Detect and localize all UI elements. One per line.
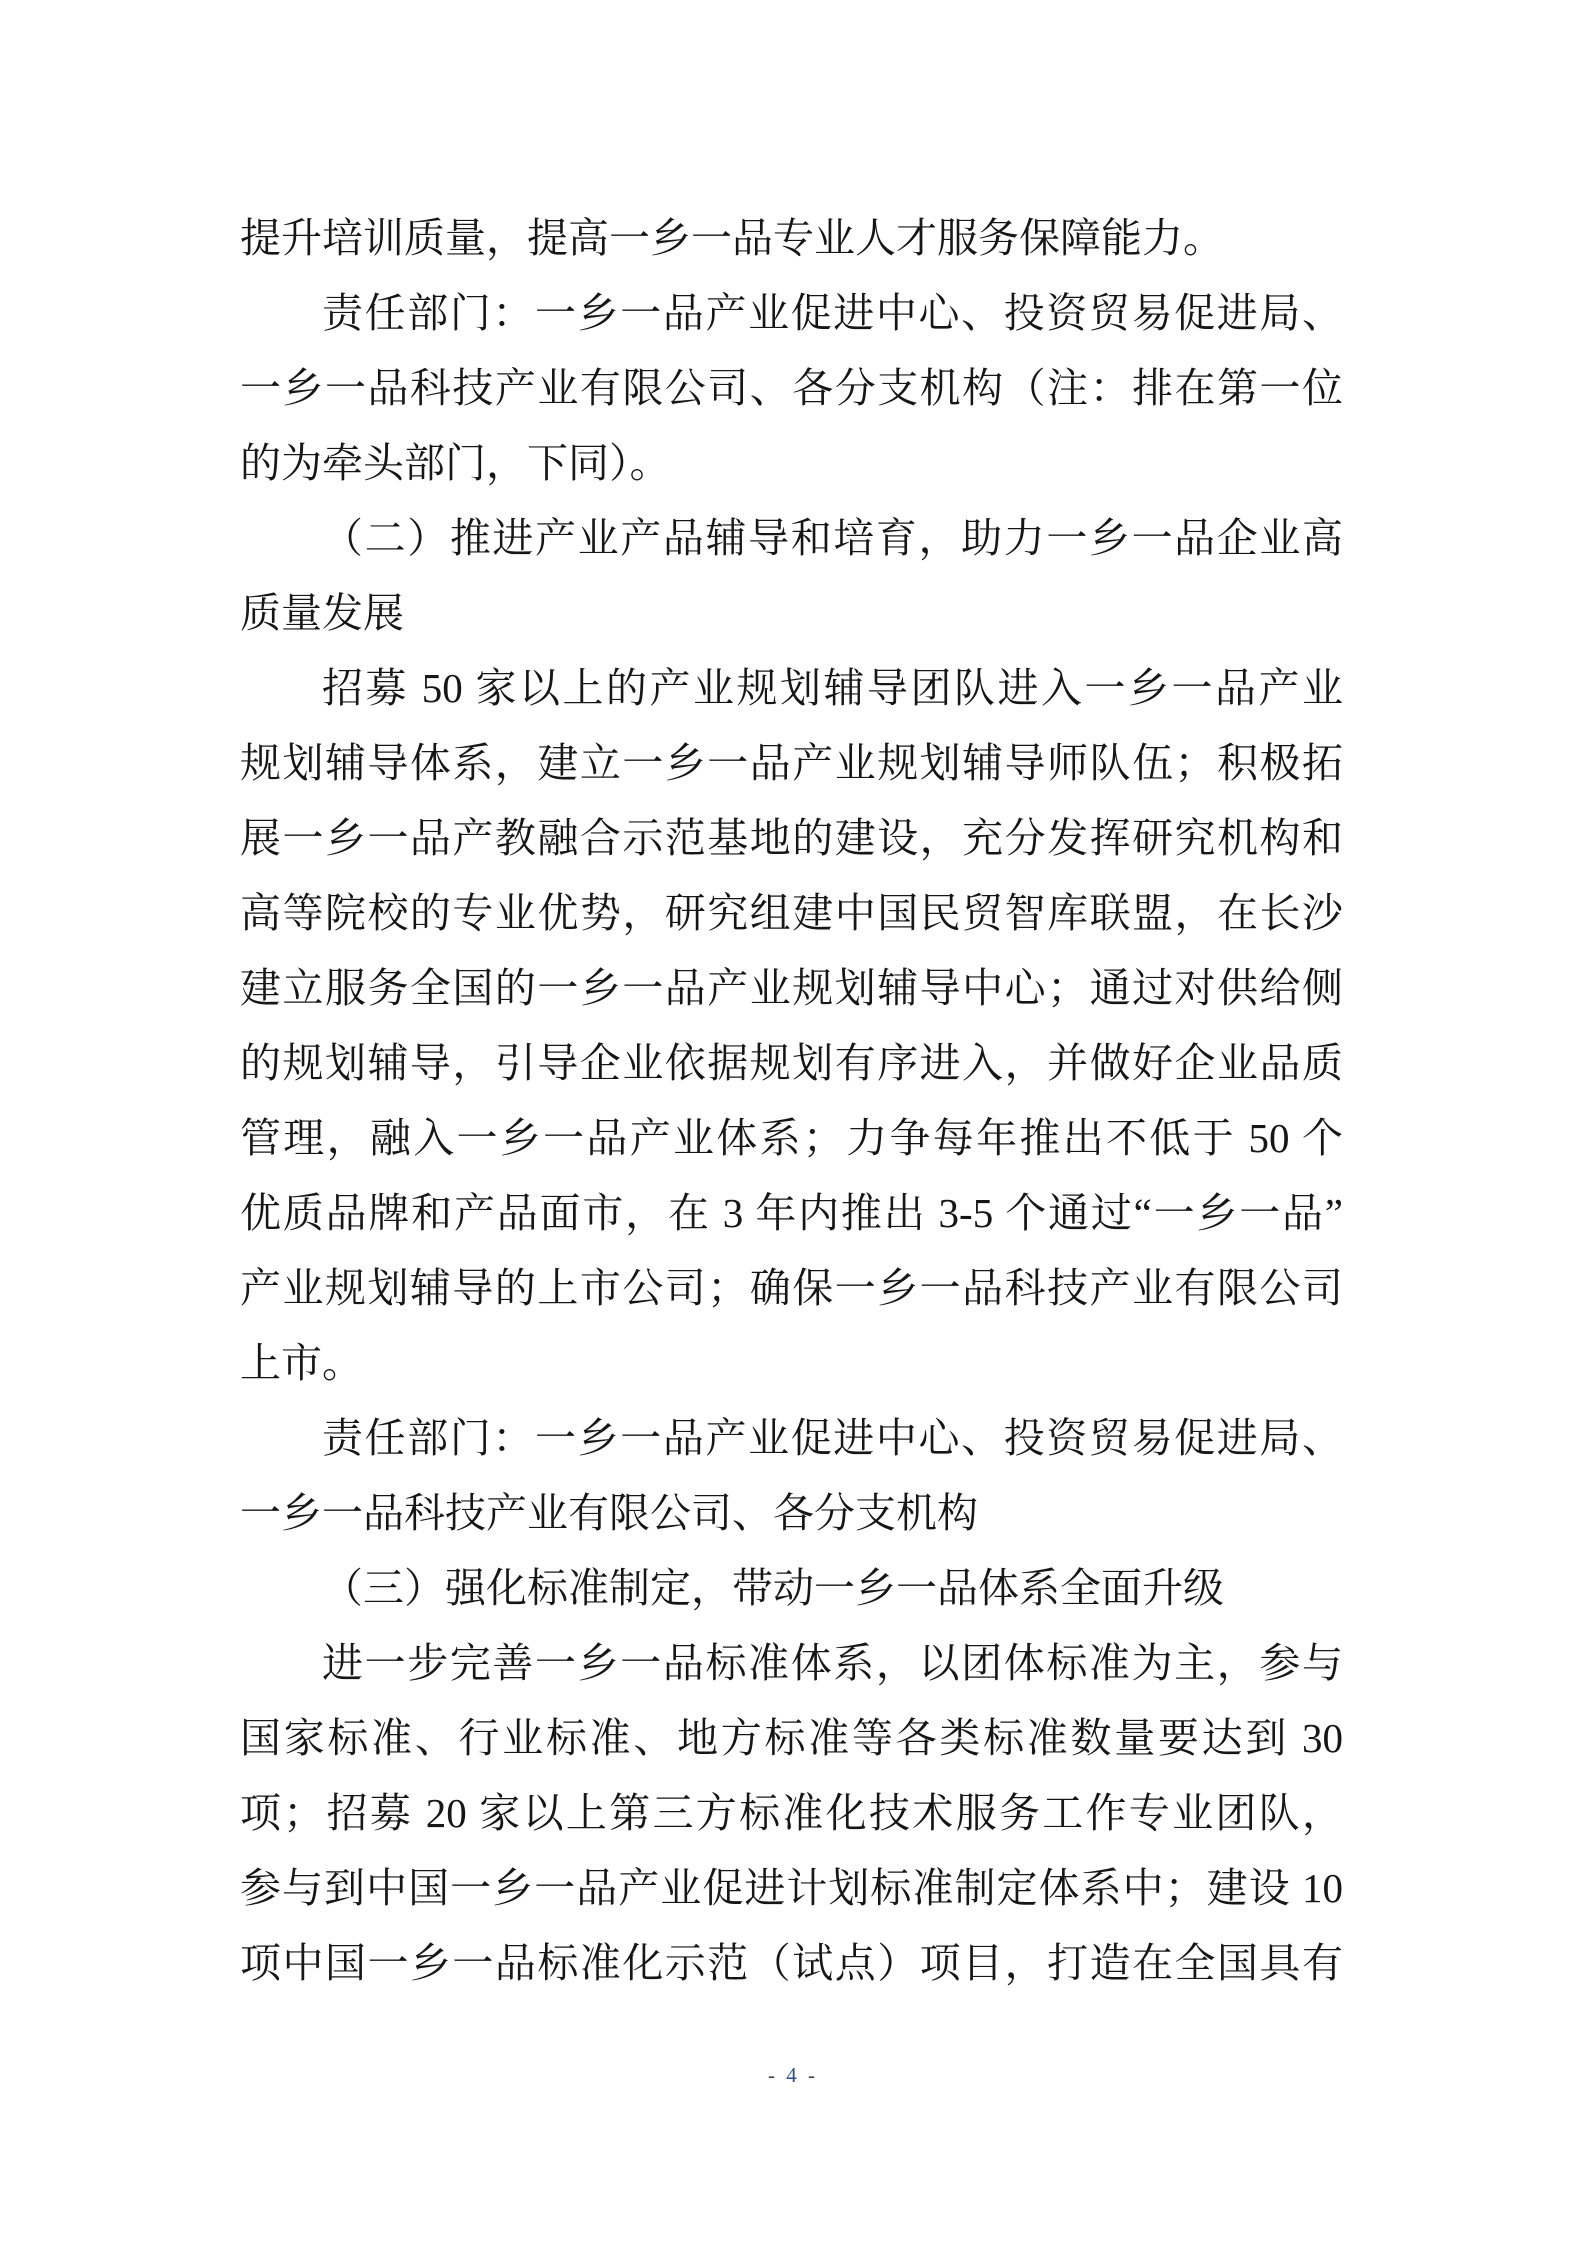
text-line: 项；招募 20 家以上第三方标准化技术服务工作专业团队， bbox=[240, 1776, 1343, 1851]
text-line: 责任部门：一乡一品产业促进中心、投资贸易促进局、 bbox=[240, 1401, 1343, 1476]
text-line: 一乡一品科技产业有限公司、各分支机构 bbox=[240, 1476, 1343, 1551]
text-line: 优质品牌和产品面市，在 3 年内推出 3-5 个通过“一乡一品” bbox=[240, 1176, 1343, 1251]
page-number-prefix: - bbox=[768, 2063, 786, 2087]
text-line: 进一步完善一乡一品标准体系，以团体标准为主，参与 bbox=[240, 1626, 1343, 1701]
text-line: 的规划辅导，引导企业依据规划有序进入，并做好企业品质 bbox=[240, 1026, 1343, 1101]
text-line: 一乡一品科技产业有限公司、各分支机构（注：排在第一位 bbox=[240, 351, 1343, 426]
text-line: 产业规划辅导的上市公司；确保一乡一品科技产业有限公司 bbox=[240, 1251, 1343, 1326]
text-line: 质量发展 bbox=[240, 576, 1343, 651]
text-line: 项中国一乡一品标准化示范（试点）项目，打造在全国具有 bbox=[240, 1926, 1343, 2001]
document-page: { "page": { "background": "#ffffff", "te… bbox=[0, 0, 1586, 2244]
text-line: 提升培训质量，提高一乡一品专业人才服务保障能力。 bbox=[240, 201, 1343, 276]
text-line: 参与到中国一乡一品产业促进计划标准制定体系中；建设 10 bbox=[240, 1851, 1343, 1926]
page-number-value: 4 bbox=[786, 2063, 800, 2087]
text-line: 国家标准、行业标准、地方标准等各类标准数量要达到 30 bbox=[240, 1701, 1343, 1776]
text-line: 规划辅导体系，建立一乡一品产业规划辅导师队伍；积极拓 bbox=[240, 726, 1343, 801]
text-line: 高等院校的专业优势，研究组建中国民贸智库联盟，在长沙 bbox=[240, 876, 1343, 951]
text-line: 上市。 bbox=[240, 1326, 1343, 1401]
text-line: 管理，融入一乡一品产业体系；力争每年推出不低于 50 个 bbox=[240, 1101, 1343, 1176]
document-text-block: 提升培训质量，提高一乡一品专业人才服务保障能力。责任部门：一乡一品产业促进中心、… bbox=[240, 201, 1343, 2001]
page-number-suffix: - bbox=[800, 2063, 818, 2087]
text-line: 招募 50 家以上的产业规划辅导团队进入一乡一品产业 bbox=[240, 651, 1343, 726]
text-line: （二）推进产业产品辅导和培育，助力一乡一品企业高 bbox=[240, 501, 1343, 576]
text-line: 展一乡一品产教融合示范基地的建设，充分发挥研究机构和 bbox=[240, 801, 1343, 876]
page-background: 提升培训质量，提高一乡一品专业人才服务保障能力。责任部门：一乡一品产业促进中心、… bbox=[0, 0, 1586, 2244]
text-line: （三）强化标准制定，带动一乡一品体系全面升级 bbox=[240, 1551, 1343, 1626]
text-line: 责任部门：一乡一品产业促进中心、投资贸易促进局、 bbox=[240, 276, 1343, 351]
page-number: - 4 - bbox=[0, 2062, 1586, 2088]
text-line: 的为牵头部门，下同）。 bbox=[240, 426, 1343, 501]
text-line: 建立服务全国的一乡一品产业规划辅导中心；通过对供给侧 bbox=[240, 951, 1343, 1026]
